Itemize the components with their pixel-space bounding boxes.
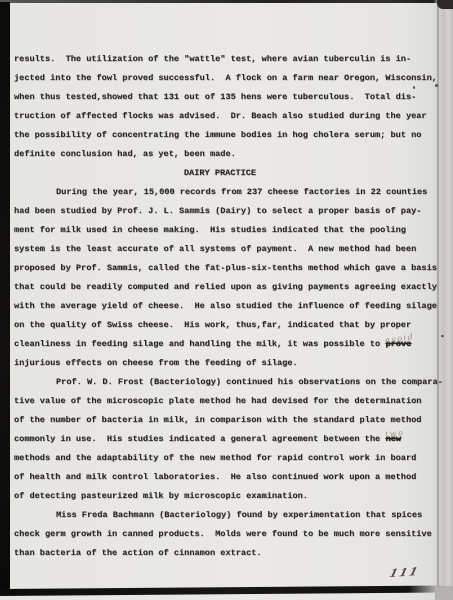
text-line: Prof. W. D. Frost (Bacteriology) continu…	[14, 373, 446, 392]
text-line: methods and the adaptability of the new …	[14, 449, 446, 468]
scan-edge-left	[0, 2, 10, 592]
page-number-handwritten: 111	[388, 565, 421, 580]
text-line: During the year, 15,000 records from 237…	[14, 183, 446, 202]
corrected-word-group: proveavoid	[385, 339, 411, 349]
text-line: on the quality of Swiss cheese. His work…	[14, 316, 446, 335]
text-line: definite conclusion had, as yet, been ma…	[14, 145, 446, 164]
scan-edge-bottom	[0, 586, 444, 596]
handwritten-correction: two	[384, 423, 406, 444]
text-line: jected into the fowl proved successful. …	[14, 69, 446, 88]
text-line: ment for milk used in cheese making. His…	[14, 221, 446, 240]
scanned-document-page: results. The utilization of the "wattle"…	[0, 0, 453, 600]
text-line: system is the least accurate of all syst…	[14, 240, 446, 259]
text-line: of health and milk control laboratories.…	[14, 468, 446, 487]
text-line: that could be readily computed and relie…	[14, 278, 446, 297]
text-line: had been studied by Prof. J. L. Sammis (…	[14, 202, 446, 221]
text-line: the possibility of concentrating the imm…	[14, 126, 446, 145]
text-line: with the average yield of cheese. He als…	[14, 297, 446, 316]
text-line: results. The utilization of the "wattle"…	[14, 50, 446, 69]
text-line: commonly in use. His studies indicated a…	[14, 430, 446, 449]
text-line: check germ growth in canned products. Mo…	[14, 525, 446, 544]
text-line: of detecting pasteurized milk by microsc…	[14, 487, 446, 506]
typewritten-text: results. The utilization of the "wattle"…	[14, 50, 446, 563]
text-line: tive value of the microscopic plate meth…	[14, 392, 446, 411]
text-line: proposed by Prof. Sammis, called the fat…	[14, 259, 446, 278]
text-line: cleanliness in feeding silage and handli…	[14, 335, 446, 354]
section-heading: DAIRY PRACTICE	[14, 164, 446, 183]
text-line: when thus tested,showed that 131 out of …	[14, 88, 446, 107]
scan-edge-top	[0, 0, 453, 3]
text-line: injurious effects on cheese from the fee…	[14, 354, 446, 373]
text-line-fragment: cleanliness in feeding silage and handli…	[14, 339, 385, 349]
text-line: truction of affected flocks was advised.…	[14, 107, 446, 126]
handwritten-correction: avoid	[384, 327, 415, 349]
text-line: than bacteria of the action of cinnamon …	[14, 544, 446, 563]
text-line-fragment: commonly in use. His studies indicated a…	[14, 434, 385, 444]
scan-corner-top-right	[437, 0, 453, 9]
corrected-word-group: newtwo	[385, 434, 400, 444]
text-line: of the number of bacteria in milk, in co…	[14, 411, 446, 430]
scan-corner-bottom-right	[435, 586, 453, 600]
text-line: Miss Freda Bachmann (Bacteriology) found…	[14, 506, 446, 525]
